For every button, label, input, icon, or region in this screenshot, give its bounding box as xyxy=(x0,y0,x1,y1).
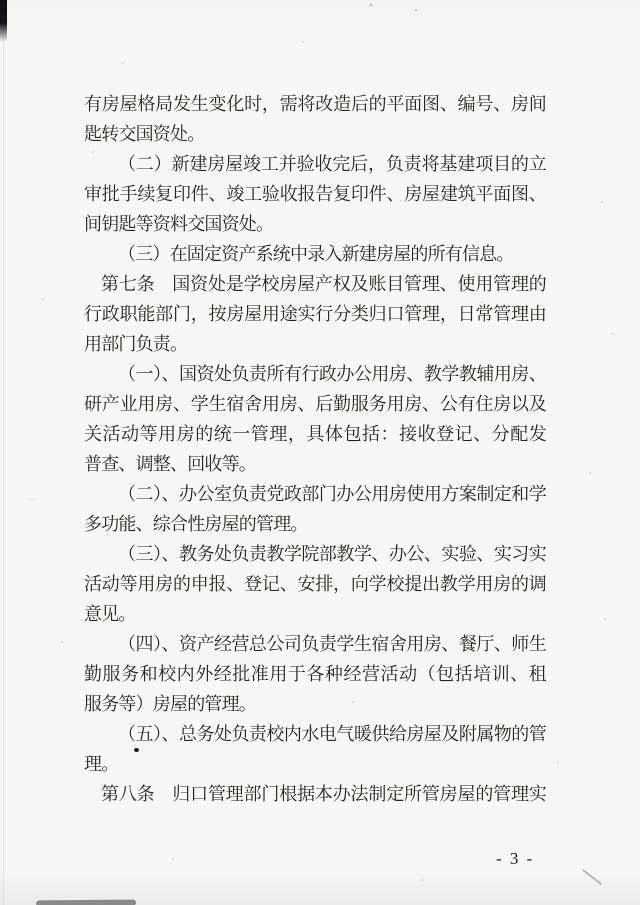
text-line: 多功能、综合性房屋的管理。 xyxy=(84,509,546,539)
text-line: 行政职能部门，按房屋用途实行分类归口管理，日常管理由使 xyxy=(84,299,546,329)
text-line: 匙转交国资处。 xyxy=(84,119,546,149)
text-line: 理。 xyxy=(84,749,546,779)
document-text: 有房屋格局发生变化时，需将改造后的平面图、编号、房间钥 匙转交国资处。 （二）新… xyxy=(84,89,546,809)
page-number: - 3 - xyxy=(496,849,534,869)
text-line: 意见。 xyxy=(84,599,546,629)
scan-noise xyxy=(0,0,2,2)
text-line: 第七条 国资处是学校房屋产权及账目管理、使用管理的 xyxy=(84,269,546,299)
text-line: （一）、国资处负责所有行政办公用房、教学教辅用房、科 xyxy=(84,359,546,389)
text-line: 用部门负责。 xyxy=(84,329,546,359)
text-line: （三）、教务处负责教学院部教学、办公、实验、实习实训 xyxy=(84,539,546,569)
scan-edge-line xyxy=(3,0,4,905)
text-line: 关活动等用房的统一管理，具体包括：接收登记、分配发证、 xyxy=(84,419,546,449)
text-line: 服务等）房屋的管理。 xyxy=(84,689,546,719)
text-line: （二）新建房屋竣工并验收完后，负责将基建项目的立项 xyxy=(84,149,546,179)
text-line: 间钥匙等资料交国资处。 xyxy=(84,209,546,239)
text-line: 普查、调整、回收等。 xyxy=(84,449,546,479)
text-line: （三）在固定资产系统中录入新建房屋的所有信息。 xyxy=(84,239,546,269)
text-line: （二）、办公室负责党政部门办公用房使用方案制定和学校 xyxy=(84,479,546,509)
text-line: 勤服务和校内外经批准用于各种经营活动（包括培训、租赁、 xyxy=(84,659,546,689)
scanned-page: 有房屋格局发生变化时，需将改造后的平面图、编号、房间钥 匙转交国资处。 （二）新… xyxy=(0,0,640,905)
scan-scratch xyxy=(582,869,602,885)
scan-smudge xyxy=(36,900,136,905)
ink-dot-artifact xyxy=(134,748,139,752)
text-line: （五）、总务处负责校内水电气暖供给房屋及附属物的管 xyxy=(84,719,546,749)
text-line: 活动等用房的申报、登记、安排，向学校提出教学用房的调整 xyxy=(84,569,546,599)
text-line: 有房屋格局发生变化时，需将改造后的平面图、编号、房间钥 xyxy=(84,89,546,119)
text-line: 研产业用房、学生宿舍用房、后勤服务用房、公有住房以及相 xyxy=(84,389,546,419)
text-line: 第八条 归口管理部门根据本办法制定所管房屋的管理实 xyxy=(84,779,546,809)
text-line: （四）、资产经营总公司负责学生宿舍用房、餐厅、师生后 xyxy=(84,629,546,659)
text-line: 审批手续复印件、竣工验收报告复印件、房屋建筑平面图、房 xyxy=(84,179,546,209)
